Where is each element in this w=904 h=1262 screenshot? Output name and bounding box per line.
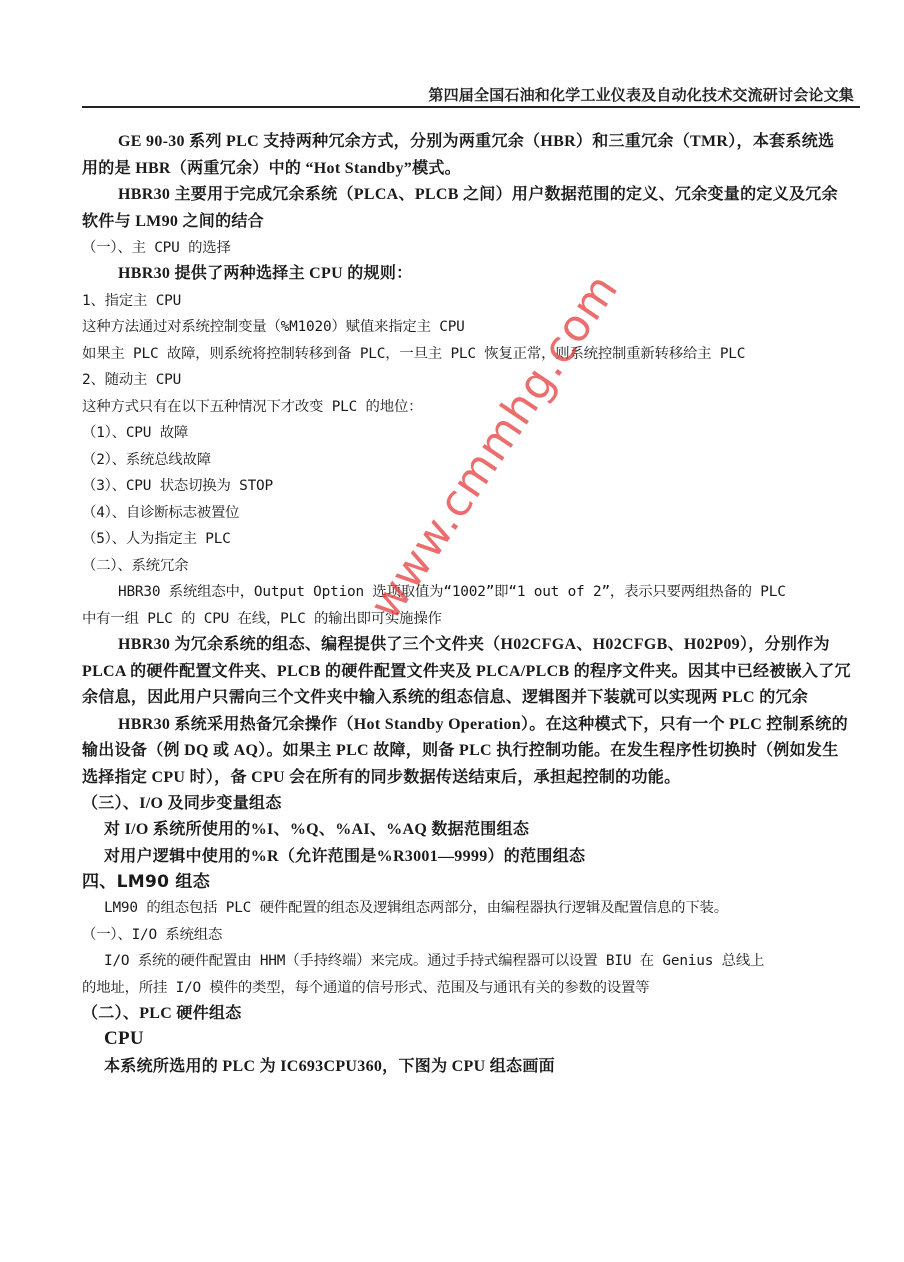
paragraph-line: 对 I/O 系统所使用的%I、%Q、%AI、%AQ 数据范围组态: [104, 820, 529, 840]
paragraph-line: 如果主 PLC 故障，则系统将控制转移到备 PLC，一旦主 PLC 恢复正常，则…: [82, 344, 745, 364]
paragraph-line: 输出设备（例 DQ 或 AQ）。如果主 PLC 故障，则备 PLC 执行控制功能…: [82, 741, 839, 761]
paragraph-line: 余信息，因此用户只需向三个文件夹中输入系统的组态信息、逻辑图并下装就可以实现两 …: [82, 688, 808, 708]
cpu-heading: CPU: [104, 1029, 144, 1049]
subsection-heading: （二）、PLC 硬件组态: [82, 1004, 242, 1024]
paragraph-line: 用的是 HBR（两重冗余）中的 “Hot Standby”模式。: [82, 159, 461, 179]
running-header: 第四届全国石油和化学工业仪表及自动化技术交流研讨会论文集: [82, 84, 860, 108]
header-title: 第四届全国石油和化学工业仪表及自动化技术交流研讨会论文集: [428, 84, 854, 105]
paragraph-line: HBR30 提供了两种选择主 CPU 的规则：: [118, 264, 412, 284]
paragraph-line: 软件与 LM90 之间的结合: [82, 212, 264, 232]
paragraph-line: 选择指定 CPU 时），备 CPU 会在所有的同步数据传送结束后，承担起控制的功…: [82, 768, 680, 788]
list-item: （1）、CPU 故障: [82, 423, 188, 443]
paragraph-line: HBR30 系统组态中，Output Option 选项取值为“1002”即“1…: [118, 582, 786, 602]
paragraph-line: HBR30 为冗余系统的组态、编程提供了三个文件夹（H02CFGA、H02CFG…: [118, 635, 830, 655]
paragraph-line: HBR30 主要用于完成冗余系统（PLCA、PLCB 之间）用户数据范围的定义、…: [118, 185, 838, 205]
paragraph-line: 本系统所选用的 PLC 为 IC693CPU360，下图为 CPU 组态画面: [104, 1057, 555, 1077]
paragraph-line: 中有一组 PLC 的 CPU 在线，PLC 的输出即可实施操作: [82, 609, 442, 629]
paragraph-line: I/O 系统的硬件配置由 HHM（手持终端）来完成。通过手持式编程器可以设置 B…: [104, 951, 764, 971]
subsection-heading: （三）、I/O 及同步变量组态: [82, 794, 282, 814]
paragraph-line: HBR30 系统采用热备冗余操作（Hot Standby Operation）。…: [118, 715, 848, 735]
paragraph-line: 对用户逻辑中使用的%R（允许范围是%R3001—9999）的范围组态: [104, 847, 585, 867]
paragraph-line: LM90 的组态包括 PLC 硬件配置的组态及逻辑组态两部分，由编程器执行逻辑及…: [104, 898, 728, 918]
paragraph-line: 这种方法通过对系统控制变量（%M1020）赋值来指定主 CPU: [82, 317, 465, 337]
list-item: （2）、系统总线故障: [82, 450, 211, 470]
subsection-heading: （二）、系统冗余: [82, 556, 188, 576]
subsection-heading: （一）、主 CPU 的选择: [82, 238, 231, 258]
paragraph-line: 这种方式只有在以下五种情况下才改变 PLC 的地位：: [82, 397, 422, 417]
section-heading: 四、LM90 组态: [82, 872, 210, 892]
list-heading: 2、随动主 CPU: [82, 370, 181, 390]
subsection-heading: （一）、I/O 系统组态: [82, 925, 222, 945]
paragraph-line: 的地址，所挂 I/O 模件的类型，每个通道的信号形式、范围及与通讯有关的参数的设…: [82, 978, 649, 998]
list-heading: 1、指定主 CPU: [82, 291, 181, 311]
paragraph-line: PLCA 的硬件配置文件夹、PLCB 的硬件配置文件夹及 PLCA/PLCB 的…: [82, 662, 851, 682]
list-item: （4）、自诊断标志被置位: [82, 503, 239, 523]
list-item: （5）、人为指定主 PLC: [82, 529, 231, 549]
list-item: （3）、CPU 状态切换为 STOP: [82, 476, 273, 496]
paragraph-line: GE 90-30 系列 PLC 支持两种冗余方式，分别为两重冗余（HBR）和三重…: [118, 132, 834, 152]
